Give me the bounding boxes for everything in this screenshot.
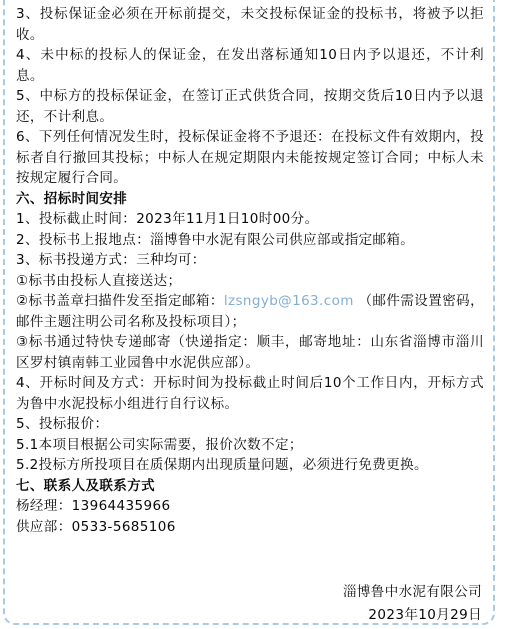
clause-deposit-submit: 3、投标保证金必须在开标前提交，未交投标保证金的投标书，将被予以拒收。 (16, 4, 484, 45)
method-email-delivery: ②标书盖章扫描件发至指定邮箱：lzsngyb@163.com （邮件需设置密码，… (16, 291, 484, 332)
clause-deposit-refund-losers: 4、未中标的投标人的保证金，在发出落标通知10日内予以退还，不计利息。 (16, 45, 484, 86)
method-express-delivery: ③标书通过特快专递邮寄（快递指定：顺丰，邮寄地址：山东省淄博市淄川区罗村镇南韩工… (16, 332, 484, 373)
tender-notice-body: 3、投标保证金必须在开标前提交，未交投标保证金的投标书，将被予以拒收。 4、未中… (16, 4, 484, 626)
item-submission-location: 2、投标书上报地点：淄博鲁中水泥有限公司供应部或指定邮箱。 (16, 230, 484, 251)
item-delivery-methods: 3、标书投递方式：三种均可： (16, 250, 484, 271)
method-direct-delivery: ①标书由投标人直接送达； (16, 271, 484, 292)
section-heading-schedule: 六、招标时间安排 (16, 189, 484, 210)
signature-date: 2023年10月29日 (16, 604, 482, 627)
contact-manager-phone: 杨经理：13964435966 (16, 496, 484, 517)
clause-deposit-forfeit: 6、下列任何情况发生时，投标保证金将不予退还：在投标文件有效期内，投标者自行撤回… (16, 127, 484, 189)
item-bid-opening: 4、开标时间及方式：开标时间为投标截止时间后10个工作日内，开标方式为鲁中水泥投… (16, 373, 484, 414)
item-bid-quotation: 5、投标报价： (16, 414, 484, 435)
signature-company: 淄博鲁中水泥有限公司 (16, 581, 482, 604)
contact-supply-dept-phone: 供应部：0533-5685106 (16, 517, 484, 538)
email-link[interactable]: lzsngyb@163.com (224, 293, 354, 309)
clause-deposit-refund-winner: 5、中标方的投标保证金，在签订正式供货合同，按期交货后10日内予以退还，不计利息… (16, 86, 484, 127)
item-quality-replacement: 5.2投标方所投项目在质保期内出现质量问题，必须进行免费更换。 (16, 455, 484, 476)
item-quotation-times: 5.1本项目根据公司实际需要，报价次数不定； (16, 435, 484, 456)
item-bid-deadline: 1、投标截止时间：2023年11月1日10时00分。 (16, 209, 484, 230)
method-email-prefix: ②标书盖章扫描件发至指定邮箱： (16, 293, 224, 309)
section-heading-contacts: 七、联系人及联系方式 (16, 476, 484, 497)
signature-block: 淄博鲁中水泥有限公司 2023年10月29日 (16, 581, 484, 626)
